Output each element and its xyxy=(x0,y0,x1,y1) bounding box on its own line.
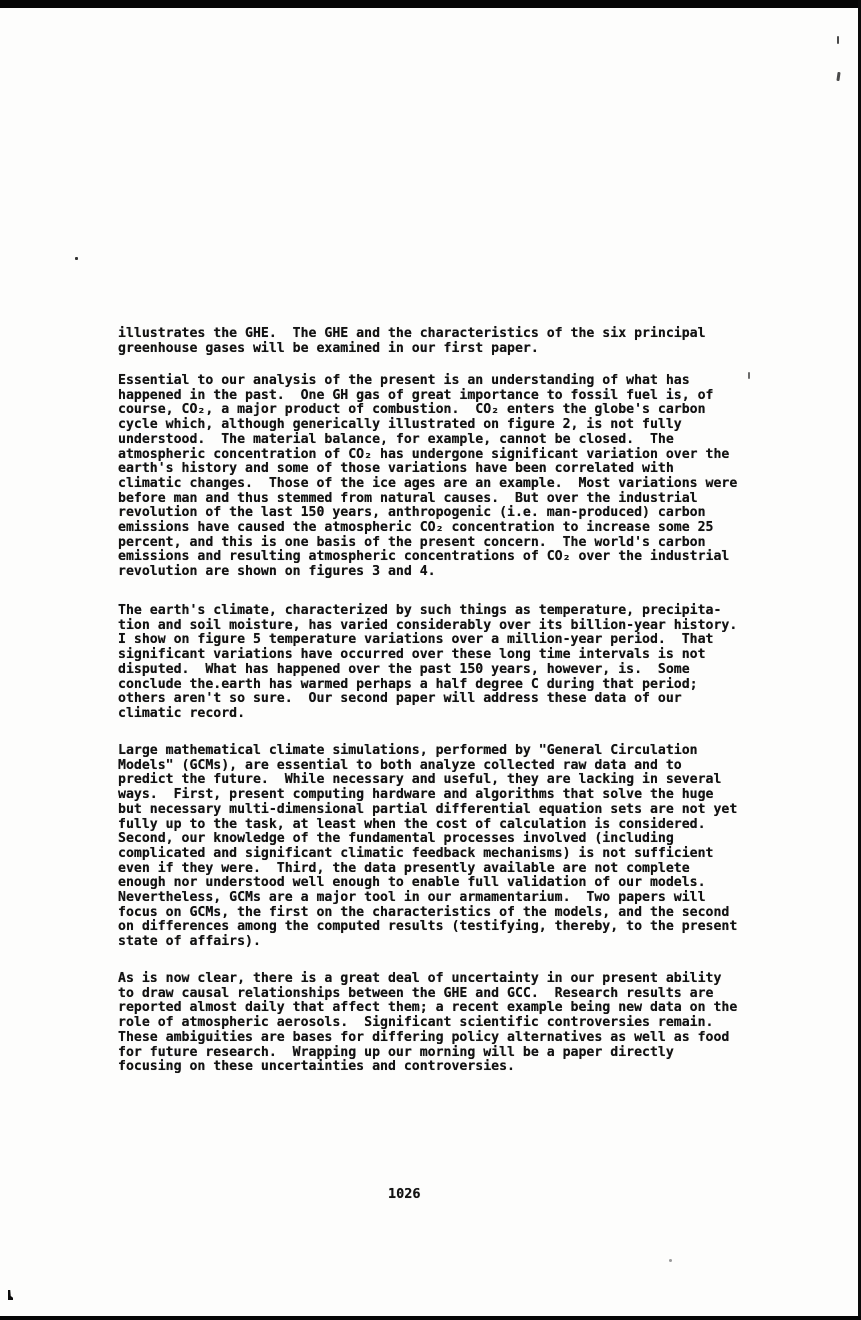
paragraph-intro-ghe: illustrates the GHE. The GHE and the cha… xyxy=(118,327,706,356)
scan-edge-top-bar xyxy=(0,0,861,8)
scan-speck-top-right-2 xyxy=(836,72,840,81)
paragraph-uncertainty: As is now clear, there is a great deal o… xyxy=(118,972,737,1075)
scan-edge-bottom-bar xyxy=(0,1316,861,1320)
scan-speck-bottom-left xyxy=(8,1290,13,1300)
paragraph-co2-history: Essential to our analysis of the present… xyxy=(118,374,737,580)
page-number: 1026 xyxy=(388,1186,421,1202)
paragraph-earth-climate: The earth's climate, characterized by su… xyxy=(118,604,737,722)
scanned-document-page: illustrates the GHE. The GHE and the cha… xyxy=(0,0,861,1320)
scan-speck-right-margin xyxy=(748,372,750,379)
paragraph-gcm-models: Large mathematical climate simulations, … xyxy=(118,744,737,950)
scan-speck-top-right-1 xyxy=(837,36,839,44)
scan-speck-bottom-right xyxy=(669,1259,672,1262)
scan-speck-left-margin xyxy=(75,257,78,260)
